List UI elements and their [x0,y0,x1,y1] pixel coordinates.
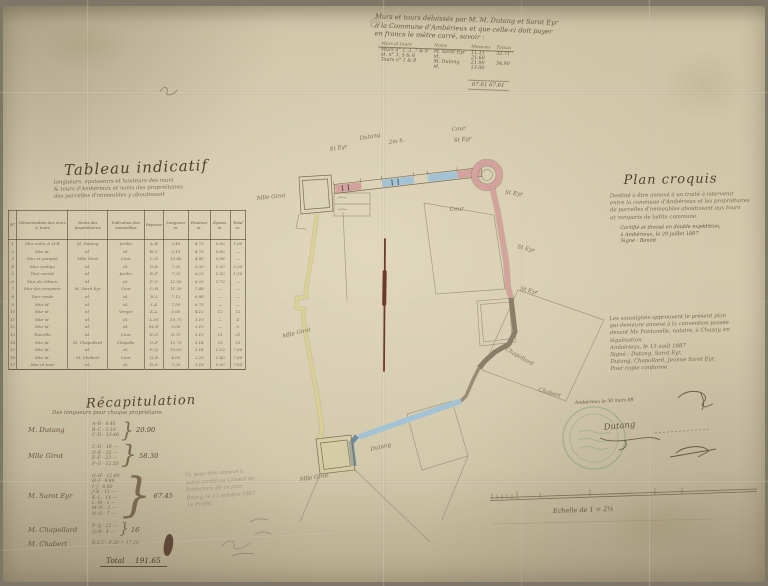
table-row-cell: 12 [9,323,17,331]
table-row-cell: 7.60 [230,346,245,354]
table-row-cell: 3 [9,255,17,263]
plan-croquis-title: Plan croquis [623,171,764,188]
table-row-cell: 16 [9,354,17,362]
table-row-cell: 7.60 [230,354,245,362]
table-row-cell: 3.15 [188,331,210,339]
recap-owner-name: M. Chabert [28,540,92,548]
table-row-cell: 7.60 [230,361,245,369]
recap-entry: M. ChabertR.S.T · 9.20 = 17.20 [28,540,238,548]
table-row-cell: 15 [9,346,17,354]
recap-measure-line: Q–R · 4 — [92,530,117,535]
brace-glyph: } [122,472,152,519]
table-row-cell: 4.75 [188,239,210,247]
table-row-cell: Cour [107,285,144,293]
table-row-cell: 4.00 [164,354,189,362]
table-row-cell: M. Sarot Eyr [68,285,108,293]
table-row-cell: 6.88 [188,293,210,301]
table-row-cell: 12 [210,308,230,316]
table-row-cell: 0.80 [210,247,230,255]
table-row: 16Mur id.M. ChabertCourQ–R4.002.251.407.… [9,354,246,362]
recap-measure-lines: R.S.T · 9.20 = 17.20 [92,541,139,546]
table-row-cell: Mur id. [17,323,68,331]
table-row: 1Mur entre A et BM. DutangJardinA–B3.404… [9,239,246,247]
recap-owner-name: M. Dutang [28,426,92,434]
table-row-cell: F–G [144,278,163,286]
table-row-cell: id. [107,247,144,255]
plan-croquis-certification: Certifié et dressé en double expédition,… [620,222,765,245]
tableau-col-header: Dénomination des murs & tours [17,210,68,239]
recap-measure-lines: G–H · 12.60H–I · 9.86I–J · 6.80J–K · 11 … [92,474,120,517]
table-row-cell: I–K [144,300,163,308]
table-row-cell: 5 [9,270,17,278]
table-row-cell: id. [107,323,144,331]
table-row-cell: 4.12 [188,308,210,316]
table-row-cell: 6.73 [188,300,210,308]
table-row-cell: Mur id. [17,247,68,255]
table-row-cell: 3.00 [164,323,189,331]
table-row-cell: N–O [144,331,163,339]
table-row-cell: 3.10 [164,247,189,255]
table-row-cell: G–H [144,285,163,293]
table-row-cell: — [230,278,245,286]
table-row-cell: 4.85 [188,255,210,263]
table-row-cell: O–P [144,338,163,346]
table-row: 7Mur des rempartsM. Sarot EyrCourG–H11.3… [9,285,246,293]
plan-croquis-body: Destiné à être annexé à un traité à inte… [610,191,765,223]
table-row-cell: 12 [230,308,245,316]
table-row-cell: — [210,300,230,308]
table-row-cell: id. [107,300,144,308]
table-row-cell: 13.40 [164,255,189,263]
table-row-cell: Chapelle [107,338,144,346]
table-row-cell: Cour [107,354,144,362]
table-row: 4Mur contiguid.id.D–E7.255.301.503.30 [9,262,246,270]
table-row-cell: Tour ronde [17,293,68,301]
table-row-cell: 23 [210,338,230,346]
table-row: 3Mur et parapetMlle GirotCourC–D13.404.8… [9,255,246,263]
table-row-cell: 7.25 [164,270,189,278]
table-row-cell: 21 [230,331,245,339]
recap-subtitle: Des longueurs pour chaque propriétaire [52,410,238,417]
recap-subtotal: 20.90 [136,426,155,434]
table-row-cell: id. [68,262,108,270]
table-row: 12Mur id.id.id.M–N3.003.10—3 [9,323,246,331]
table-row-cell: id. [68,361,108,369]
recap-owner-name: Mlle Girot [28,452,92,460]
scanned-plan-document: Murs et tours délaissés par M. M. Dutang… [0,0,768,586]
table-row-cell: 13.00 [164,346,189,354]
table-row-cell: 1.70 [210,278,230,286]
table-row-cell: 5.60 [164,308,189,316]
table-row-cell: — [210,316,230,324]
table-row-cell: 7.50 [164,300,189,308]
table-row-cell: — [210,293,230,301]
table-row-cell: Mur entre A et B [17,239,68,247]
table-row-cell: 1.50 [210,270,230,278]
recap-measure-line: J–K · 11 — [92,490,120,495]
table-row-cell: Verger [107,308,144,316]
table-row-cell: — [210,323,230,331]
table-row-cell: 6 [9,278,17,286]
recap-owner-name: M. Sarot Eyr [28,492,92,500]
table-row-cell: M–N [144,323,163,331]
recap-measure-line: N–O · 7 — [92,512,120,517]
table-row: 17Mur et tourid.id.R–S7.203.181.907.60 [9,361,246,369]
table-row-cell: 7.48 [188,285,210,293]
table-row-cell: 7 [9,285,17,293]
table-row-cell: Mur des remparts [17,285,68,293]
recap-measure-line: P–Q · 12 — [92,524,117,529]
table-row-cell: B–C [144,247,163,255]
table-row-cell: id. [68,308,108,316]
table-row-cell: 12.50 [164,278,189,286]
table-row-cell: Mur et tour [17,361,68,369]
table-row-cell: 12.75 [164,338,189,346]
table-row: 14Mur id.M. ChapollardChapelleO–P12.753.… [9,338,246,346]
table-row-cell: Q–R [144,354,163,362]
tableau-title: Tableau indicatif [64,155,249,179]
table-row: 11Mur id.id.id.L–M10.753.10—4 [9,316,246,324]
table-row-cell: M. Chapollard [68,338,108,346]
table-row-cell: 2.25 [188,354,210,362]
table-row-cell: 11 [9,316,17,324]
table-row-cell: 3.10 [188,323,210,331]
table-row-cell: Mlle Girot [68,255,108,263]
brace-glyph: } [121,443,137,469]
table-row-cell: id. [68,331,108,339]
header-note: Murs et tours délaissés par M. M. Dutang… [373,12,583,93]
table-row-cell: M. Dutang [68,239,108,247]
table-row-cell: Mur id. [17,300,68,308]
table-row-cell: id. [68,316,108,324]
table-row-cell: 21 [210,331,230,339]
table-row-cell: 4 [9,262,17,270]
table-row-cell: — [230,293,245,301]
table-row-cell: Mur de clôture [17,278,68,286]
table-row-cell: E–F [144,270,163,278]
recap-subtotal: 16 [131,526,140,534]
recap-entry: M. ChapollardP–Q · 12 —Q–R · 4 —}16 [28,522,238,537]
tableau-col-header: Épaiss. m. [210,210,230,239]
table-row-cell: K–L [144,308,163,316]
brace-glyph: } [119,522,128,537]
table-row-cell: — [230,247,245,255]
table-row-cell: — [230,285,245,293]
table-row: 5Tour carréeid.JardinE–F7.256.251.501.50 [9,270,246,278]
recap-measure-line: A–B · 4.40 [92,422,119,427]
table-row: 2Mur id.id.id.B–C3.104.750.80— [9,247,246,255]
recap-measure-line: R.S.T · 9.20 = 17.20 [92,541,139,546]
table-row-cell: 1.50 [230,270,245,278]
table-row-cell: Cour [107,331,144,339]
table-row-cell: id. [68,247,108,255]
tableau-header-row: N°Dénomination des murs & toursNoms des … [9,210,246,239]
table-row-cell: 0.50 [210,239,230,247]
header-note-table-body: Murs n° 1, 2, 7 & 8M. Sarot Eyr11.1132.7… [377,47,514,72]
table-row-cell: 3.14 [188,346,210,354]
table-row-cell: M. Chabert [68,354,108,362]
table-row-cell: 1.60 [230,239,245,247]
table-row-cell: D–E [144,262,163,270]
table-row-cell: 14 [9,338,17,346]
table-row-cell: Mur id. [17,354,68,362]
recap-entry: Mlle GirotC–D · 10 —D–E · 22 —E–F · 23 —… [28,443,238,469]
table-row: 6Mur de clôtureid.id.F–G12.506.251.70— [9,278,246,286]
table-row-cell: 10 [9,308,17,316]
recap-measure-lines: C–D · 10 —D–E · 22 —E–F · 23 —F–G · 12.5… [92,445,119,467]
brace-glyph: } [121,420,134,440]
table-row-cell: A–B [144,239,163,247]
recap-measure-line: C–D · 10 — [92,445,119,450]
tableau-subtitle: longueurs, épaisseurs et hauteurs des mu… [54,176,248,201]
tableau-col-header: N° [9,210,17,239]
table-row-cell: 0.88 [210,255,230,263]
tableau-col-header: Longueur m. [164,210,189,239]
table-row-cell: 3.10 [188,316,210,324]
table-row-cell: 8.75 [164,331,189,339]
table-row-cell: 11.30 [164,285,189,293]
header-note-row-cell: 13.00 [468,65,493,71]
recap-entry: M. DutangA–B · 4.40B–C · 3.10C–D · 13.40… [28,420,238,440]
table-row-cell: L–M [144,316,163,324]
recap-total-value: 191.65 [135,556,161,565]
header-note-total: 67.61 67.61 [468,79,509,90]
table-row-cell: Mur et parapet [17,255,68,263]
table-row-cell: 3.18 [188,361,210,369]
recap-grand-total: Total 191.65 [100,556,167,567]
tableau-col-header: Repères [144,210,163,239]
header-note-row-cell [493,66,514,72]
header-note-table: Murs et toursNomsMesuresTotaux Murs n° 1… [377,41,514,72]
tableau-body: 1Mur entre A et BM. DutangJardinA–B3.404… [9,239,246,369]
plan-croquis-note: Plan croquis Destiné à être annexé à un … [609,171,765,246]
table-row-cell: 13 [9,331,17,339]
table-row-cell: H–I [144,293,163,301]
approval-note: Les soussignés approuvent le présent pla… [609,312,768,374]
table-row-cell: Tourelle [17,331,68,339]
table-row: 8Tour rondeid.id.H–I7.126.88—— [9,293,246,301]
table-row-cell: 3.40 [164,239,189,247]
table-row-cell: — [230,255,245,263]
table-row-cell: — [210,285,230,293]
table-row-cell: 7.12 [164,293,189,301]
table-row-cell: 4 [230,316,245,324]
recap-subtotal: 58.30 [139,452,158,460]
table-row-cell: id. [68,346,108,354]
table-row-cell: 23 [230,338,245,346]
table-row-cell: 1.90 [210,361,230,369]
table-row-cell: Mur id. [17,346,68,354]
table-row-cell: 1 [9,239,17,247]
recap-measure-line: E–F · 23 — [92,456,119,461]
table-row-cell: Mur id. [17,308,68,316]
tableau-col-header: Hauteur m. [188,210,210,239]
table-row-cell: 7.25 [164,262,189,270]
table-row-cell: id. [68,270,108,278]
tableau-col-header: Total m. [230,210,245,239]
table-row-cell: 3 [230,323,245,331]
table-row-cell: Jardin [107,239,144,247]
recap-owner-name: M. Chapollard [28,526,92,534]
approval-body: Les soussignés approuvent le présent pla… [609,312,768,374]
recap-measure-lines: P–Q · 12 —Q–R · 4 — [92,524,117,535]
table-row-cell: 1.10 [210,346,230,354]
header-note-row-cell [377,62,430,69]
recap-measure-line: C–D · 13.40 [92,433,119,438]
table-row-cell: 6.25 [188,270,210,278]
tableau-col-header: Indication des immeubles [107,210,144,239]
table-row-cell: id. [68,293,108,301]
table-row-cell: id. [107,293,144,301]
tableau-table: N°Dénomination des murs & toursNoms des … [8,210,246,370]
table-row-cell: P–Q [144,346,163,354]
table-row-cell: 1.40 [210,354,230,362]
table-row-cell: 8 [9,293,17,301]
table-row-cell: id. [107,346,144,354]
table-row-cell: 17 [9,361,17,369]
table-row-cell: Cour [107,255,144,263]
table-row-cell: 3.30 [230,262,245,270]
table-row-cell: 7.20 [164,361,189,369]
recap-total-label: Total [106,556,125,565]
recap-measure-lines: A–B · 4.40B–C · 3.10C–D · 13.40 [92,422,119,438]
table-row-cell: C–D [144,255,163,263]
recap-measure-line: F–G · 12.50 [92,462,119,467]
table-row-cell: id. [107,361,144,369]
table-row-cell: R–S [144,361,163,369]
table-row: 9Mur id.id.id.I–K7.506.73—— [9,300,246,308]
table-row-cell: Mur contigu [17,262,68,270]
table-row-cell: Tour carrée [17,270,68,278]
table-row-cell: — [230,300,245,308]
table-row-cell: id. [68,278,108,286]
table-row-cell: id. [107,278,144,286]
table-row-cell: id. [107,262,144,270]
tableau-indicatif: Tableau indicatif longueurs, épaisseurs … [8,158,248,370]
table-row-cell: 10.75 [164,316,189,324]
table-row-cell: Jardin [107,270,144,278]
table-row: 10Mur id.id.VergerK–L5.604.121212 [9,308,246,316]
table-row-cell: 6.25 [188,278,210,286]
table-row: 15Mur id.id.id.P–Q13.003.141.107.60 [9,346,246,354]
table-row-cell: id. [107,316,144,324]
table-row-cell: id. [68,300,108,308]
table-row-cell: id. [68,323,108,331]
table-row-cell: 3.14 [188,338,210,346]
table-row: 13Tourelleid.CourN–O8.753.152121 [9,331,246,339]
table-row-cell: 2 [9,247,17,255]
table-row-cell: Mur id. [17,338,68,346]
table-row-cell: 9 [9,300,17,308]
table-row-cell: 4.75 [188,247,210,255]
table-row-cell: Mur id. [17,316,68,324]
recap-title: Récapitulation [86,391,238,411]
recap-subtotal: 67.45 [154,492,173,500]
table-row-cell: 5.30 [188,262,210,270]
header-note-row-cell: id. [430,64,467,70]
table-row-cell: 1.50 [210,262,230,270]
tableau-col-header: Noms des propriétaires [68,210,108,239]
